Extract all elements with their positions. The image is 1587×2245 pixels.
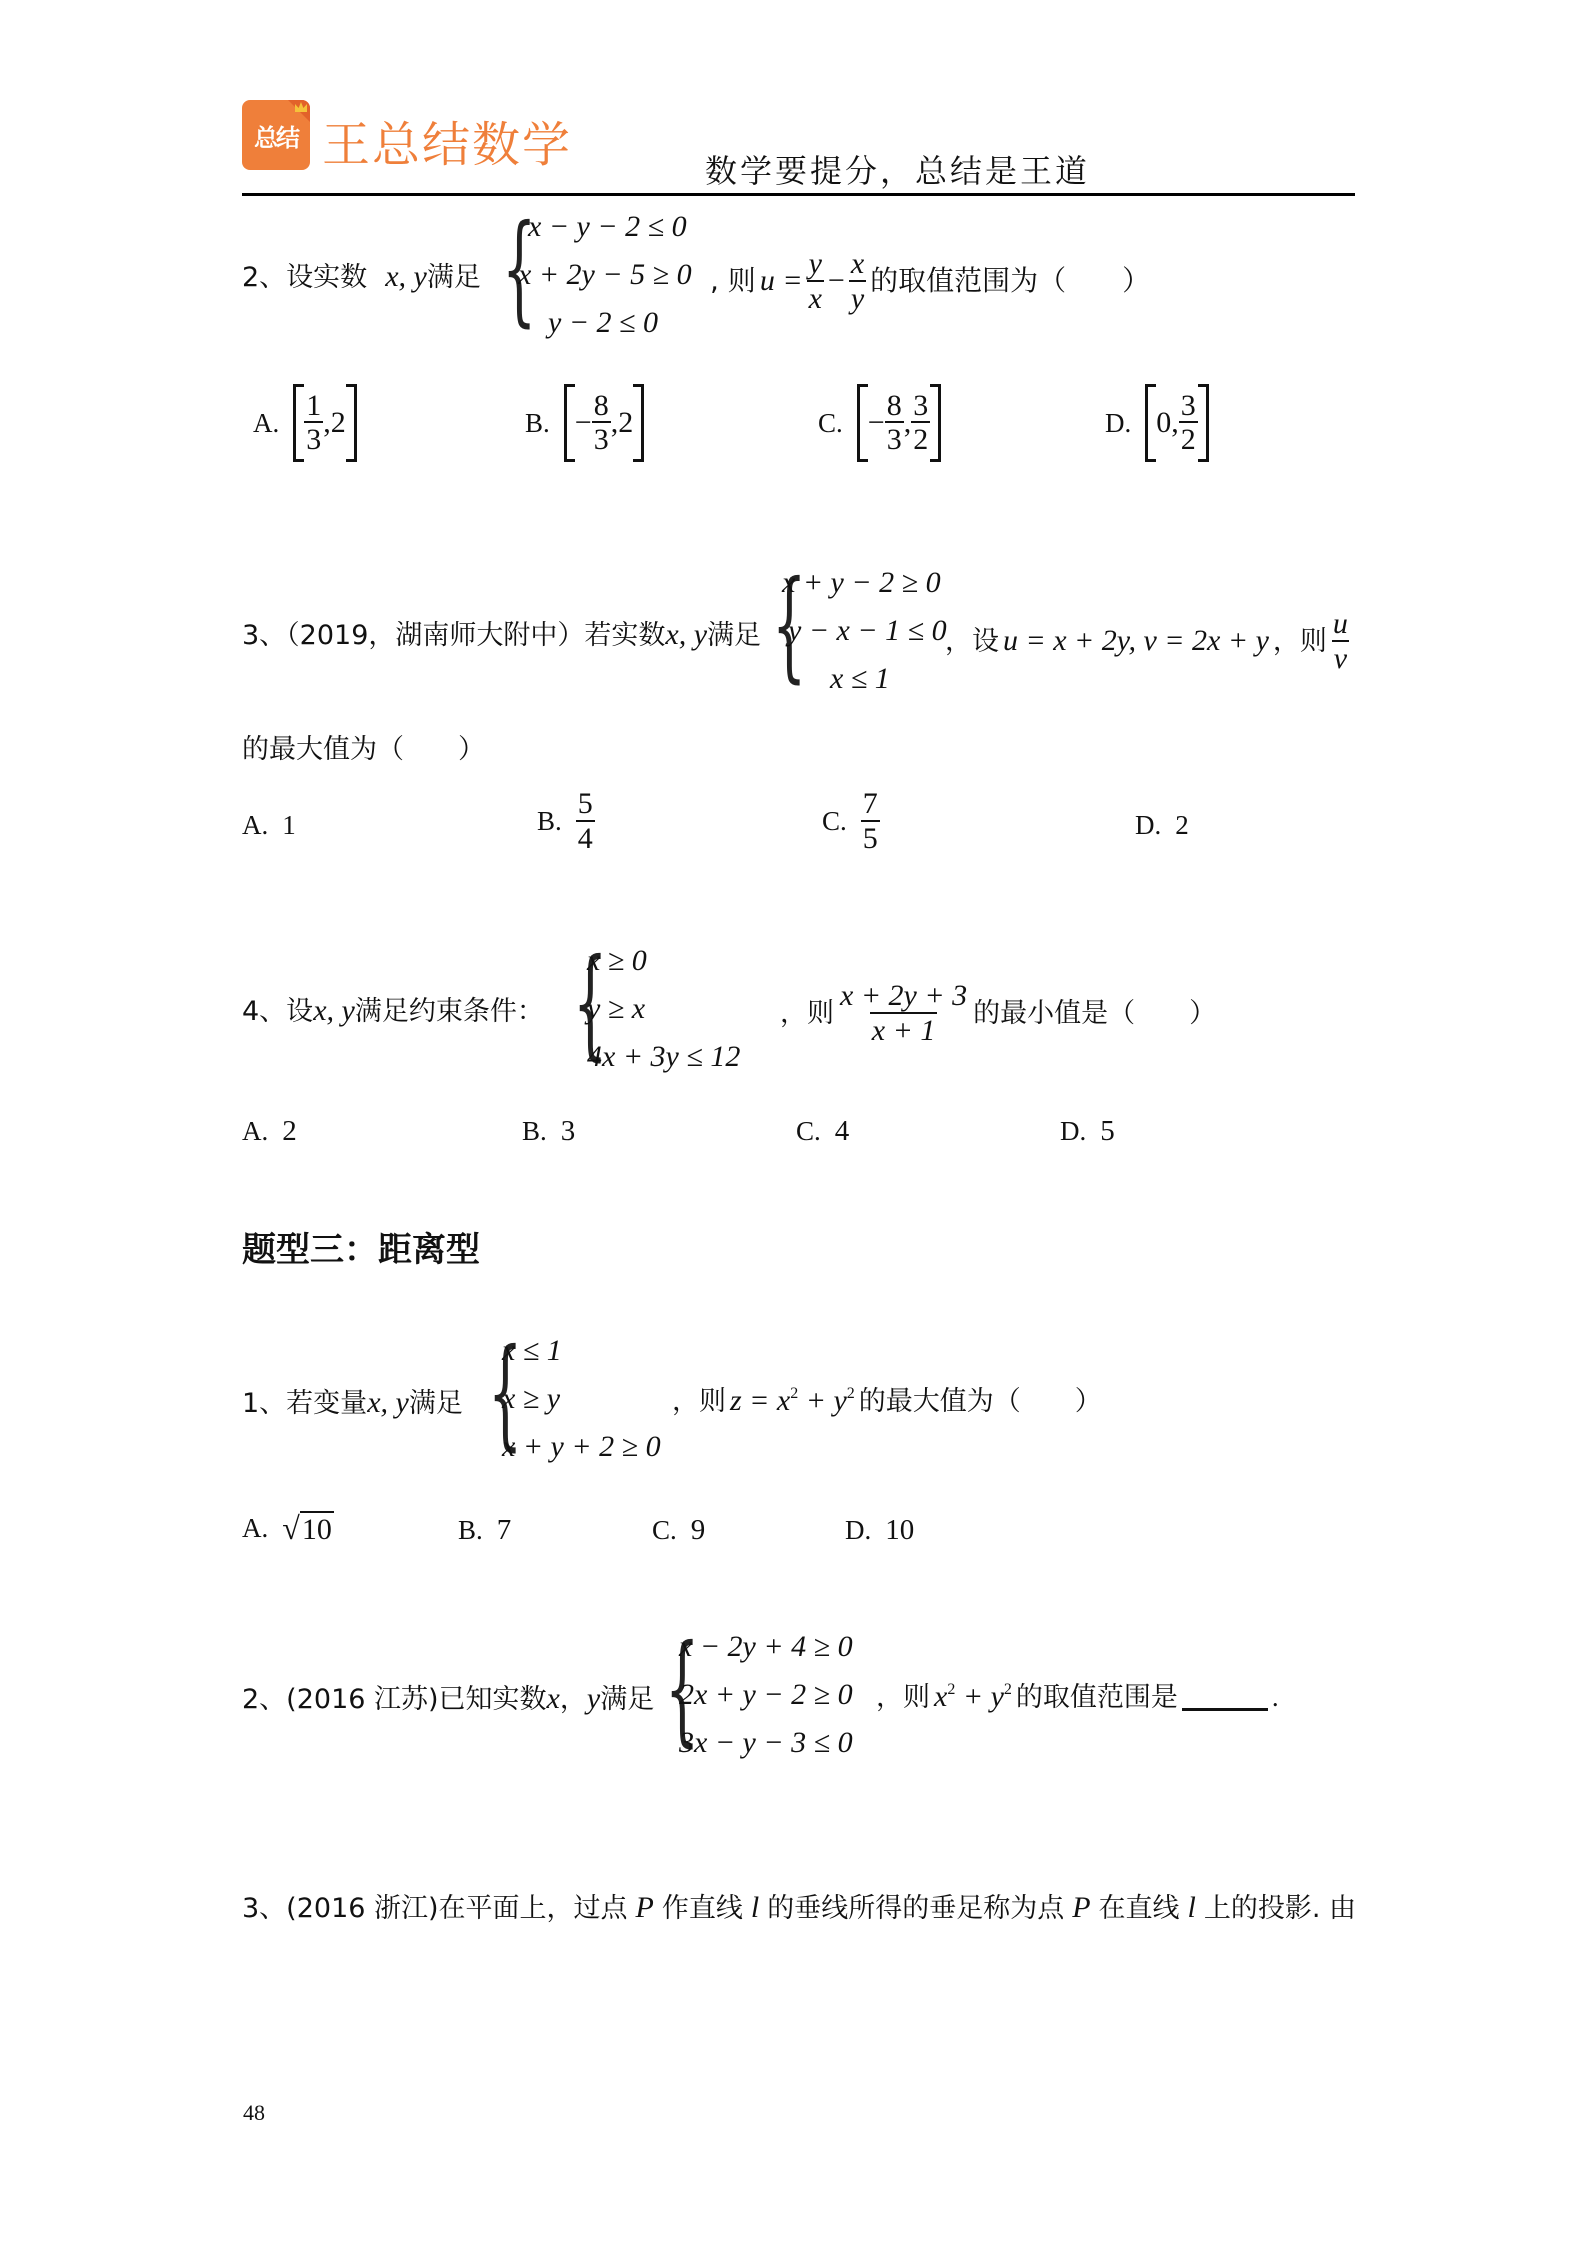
interval-bracket: 0 , 3 2: [1145, 384, 1209, 462]
s3q1-constraint-1: x ≤ 1: [502, 1334, 562, 1368]
option-label: C.: [652, 1515, 677, 1546]
point-p: P: [1072, 1893, 1090, 1923]
q2-fraction-x-over-y: x y: [849, 248, 866, 315]
q3-vars: x, y: [665, 620, 707, 650]
q4-prefix: 4、设: [242, 998, 313, 1025]
frac-den: 5: [861, 820, 880, 855]
q4-constraint-system: { x ≥ 0 y ≥ x 4x + 3y ≤ 12: [573, 944, 773, 1084]
s3q2-var-y: y: [587, 1684, 600, 1714]
option-label: B.: [525, 408, 550, 439]
s3q1-prefix: 1、若变量: [242, 1390, 367, 1417]
header-slogan: 数学要提分，总结是王道: [705, 146, 1090, 192]
option-value: 1: [282, 810, 296, 841]
s3q1-then: ，则: [672, 1388, 726, 1415]
question-2-stem: 2、设实数 x, y 满足: [242, 262, 481, 292]
q2-minus: −: [828, 266, 845, 296]
q4-satisfy: 满足约束条件：: [355, 998, 544, 1025]
option-label: A.: [242, 1513, 268, 1544]
s3q1-vars: x, y: [367, 1388, 409, 1418]
q4-option-b[interactable]: B. 3: [522, 1115, 575, 1148]
brand-name: 王总结数学: [322, 106, 572, 175]
interval-bracket: − 8 3 , 2: [564, 384, 644, 462]
q4-frac-den: x + 1: [870, 1012, 938, 1047]
option-label: D.: [1105, 408, 1131, 439]
option-label: C.: [818, 408, 843, 439]
q4-fraction: x + 2y + 3 x + 1: [838, 980, 969, 1047]
q4-frac-num: x + 2y + 3: [838, 980, 969, 1012]
frac-den: 3: [304, 421, 323, 456]
option-value: 10: [885, 1514, 914, 1547]
frac-num: 7: [861, 788, 880, 820]
question-3-stem: 3、（2019，湖南师大附中）若实数 x, y 满足: [242, 620, 761, 650]
s3q2-prefix: 2、(2016 江苏)已知实数: [242, 1686, 547, 1713]
q4-constraint-2: y ≥ x: [587, 992, 645, 1026]
option-value: 4: [835, 1115, 850, 1148]
q3-line-2: 的最大值为（ ）: [242, 736, 485, 763]
q3-expression: ，设 u = x + 2y, v = 2x + y ，则 u v: [945, 608, 1350, 675]
s3q3-text-d: 在直线: [1099, 1895, 1180, 1922]
q2-constraint-system: { x − y − 2 ≤ 0 x + 2y − 5 ≥ 0 y − 2 ≤ 0: [502, 210, 702, 350]
page-number: 48: [243, 2100, 265, 2126]
option-fraction: 7 5: [861, 788, 880, 855]
interval-right: 2: [618, 406, 633, 440]
option-value: 9: [691, 1514, 706, 1547]
q2-u-eq: u =: [760, 266, 803, 296]
frac-num: 3: [911, 390, 930, 422]
q4-option-a[interactable]: A. 2: [242, 1115, 297, 1148]
s3q2-constraint-system: { x − 2y + 4 ≥ 0 2x + y − 2 ≥ 0 3x − y −…: [665, 1630, 885, 1770]
s3q2-end: .: [1272, 1684, 1279, 1711]
q2-frac2-den: y: [849, 280, 866, 315]
option-value: 2: [1175, 810, 1189, 841]
option-value: 5: [1100, 1115, 1115, 1148]
q3-frac-num: u: [1331, 608, 1350, 640]
interval-right-fraction: 3 2: [911, 390, 930, 457]
s3-question-3-stem: 3、(2016 浙江)在平面上，过点 P 作直线 l 的垂线所得的垂足称为点 P…: [242, 1893, 1356, 1923]
q4-option-d[interactable]: D. 5: [1060, 1115, 1115, 1148]
option-value: 7: [497, 1514, 512, 1547]
frac-den: 3: [592, 421, 611, 456]
s3q3-text-c: 的垂线所得的垂足称为点: [767, 1895, 1064, 1922]
s3q1-option-b[interactable]: B. 7: [458, 1514, 511, 1547]
q3-option-c[interactable]: C. 7 5: [822, 788, 880, 855]
q2-then: , 则: [710, 267, 756, 295]
q2-suffix: 的取值范围为（ ）: [870, 267, 1150, 295]
q2-constraint-1: x − y − 2 ≤ 0: [528, 210, 687, 244]
q2-vars: x, y: [385, 262, 427, 292]
interval-left-fraction: 8 3: [885, 390, 904, 457]
q4-expression: ，则 x + 2y + 3 x + 1 的最小值是（ ）: [780, 980, 1216, 1047]
q2-expression: , 则 u = y x − x y 的取值范围为（ ）: [710, 248, 1150, 315]
q2-constraint-3: y − 2 ≤ 0: [548, 306, 658, 340]
s3-question-2-stem: 2、(2016 江苏)已知实数 x ， y 满足: [242, 1684, 654, 1714]
exponent: 2: [1004, 1681, 1012, 1698]
q3-satisfy: 满足: [707, 622, 761, 649]
s3q2-expression: ，则 x2 + y2 的取值范围是 .: [876, 1682, 1279, 1712]
option-label: B.: [537, 806, 562, 837]
s3q1-option-d[interactable]: D. 10: [845, 1514, 914, 1547]
q3-constraint-system: { x + y − 2 ≥ 0 y − x − 1 ≤ 0 x ≤ 1: [772, 566, 972, 706]
q4-constraint-3: 4x + 3y ≤ 12: [587, 1040, 740, 1074]
exponent: 2: [847, 1385, 855, 1402]
interval-left-fraction: 8 3: [592, 390, 611, 457]
q2-option-c[interactable]: C. − 8 3 , 3 2: [818, 384, 941, 462]
s3q1-option-a[interactable]: A. √10: [242, 1510, 334, 1547]
q3-constraint-3: x ≤ 1: [830, 662, 890, 696]
option-label: D.: [1060, 1116, 1086, 1147]
q2-frac2-num: x: [849, 248, 866, 280]
radicand: 10: [300, 1511, 334, 1547]
question-4-stem: 4、设 x, y 满足约束条件：: [242, 996, 544, 1026]
s3q2-then: ，则: [876, 1684, 930, 1711]
option-fraction: 5 4: [576, 788, 595, 855]
s3q3-text-b: 作直线: [662, 1895, 743, 1922]
q3-then: ，则: [1273, 628, 1327, 655]
expr-z-x: z = x: [730, 1384, 790, 1417]
q3-fraction-u-over-v: u v: [1331, 608, 1350, 675]
frac-num: 8: [885, 390, 904, 422]
frac-den: 3: [885, 421, 904, 456]
section-title: 题型三：距离型: [242, 1222, 480, 1271]
s3q1-expression: ，则 z = x2 + y2 的最大值为（ ）: [672, 1386, 1102, 1416]
frac-den: 2: [1179, 421, 1198, 456]
q3-option-a[interactable]: A. 1: [242, 810, 296, 841]
s3q1-satisfy: 满足: [409, 1390, 463, 1417]
s3q1-expr: z = x2 + y2: [730, 1386, 855, 1416]
q4-then: ，则: [780, 1000, 834, 1027]
option-value: 2: [282, 1115, 297, 1148]
s3q2-constraint-2: 2x + y − 2 ≥ 0: [679, 1678, 853, 1712]
s3q2-comma: ，: [560, 1686, 587, 1713]
q3-constraint-1: x + y − 2 ≥ 0: [782, 566, 941, 600]
q4-constraint-1: x ≥ 0: [587, 944, 647, 978]
q2-frac1-den: x: [807, 280, 824, 315]
sqrt-icon: √: [282, 1510, 300, 1547]
s3q3-text-a: 3、(2016 浙江)在平面上，过点: [242, 1895, 628, 1922]
option-label: B.: [522, 1116, 547, 1147]
interval-right: 2: [331, 406, 346, 440]
frac-num: 1: [304, 390, 323, 422]
frac-den: 2: [911, 421, 930, 456]
q3-defs: u = x + 2y, v = 2x + y: [1003, 626, 1269, 656]
q2-satisfy: 满足: [427, 264, 481, 291]
option-label: A.: [242, 1116, 268, 1147]
q3-option-b[interactable]: B. 5 4: [537, 788, 595, 855]
s3q2-expr: x2 + y2: [934, 1682, 1012, 1712]
s3q2-suffix: 的取值范围是: [1016, 1684, 1178, 1711]
brand-logo-badge: 总结: [242, 100, 310, 170]
s3q2-satisfy: 满足: [600, 1686, 654, 1713]
q3-frac-den: v: [1332, 640, 1349, 675]
option-label: D.: [1135, 810, 1161, 841]
option-label: C.: [796, 1116, 821, 1147]
q2-option-d[interactable]: D. 0 , 3 2: [1105, 384, 1209, 462]
s3-question-1-stem: 1、若变量 x, y 满足: [242, 1388, 463, 1418]
expr-x: x: [934, 1680, 947, 1713]
header-divider: [242, 193, 1355, 196]
s3q1-constraint-system: { x ≤ 1 x ≥ y x + y + 2 ≥ 0: [488, 1334, 688, 1474]
s3q1-option-c[interactable]: C. 9: [652, 1514, 705, 1547]
negative-sign: −: [868, 406, 885, 440]
interval-right-fraction: 3 2: [1179, 390, 1198, 457]
interval-left-fraction: 1 3: [304, 390, 323, 457]
frac-den: 4: [576, 820, 595, 855]
s3q3-text-e: 上的投影. 由: [1204, 1895, 1356, 1922]
option-label: A.: [242, 810, 268, 841]
q3-constraint-2: y − x − 1 ≤ 0: [788, 614, 947, 648]
s3q2-var-x: x: [547, 1684, 560, 1714]
option-label: C.: [822, 806, 847, 837]
q3-prefix: 3、（2019，湖南师大附中）若实数: [242, 622, 665, 649]
q3-option-d[interactable]: D. 2: [1135, 810, 1189, 841]
interval-left: 0: [1156, 406, 1171, 440]
interval-bracket: − 8 3 , 3 2: [857, 384, 941, 462]
s3q1-constraint-3: x + y + 2 ≥ 0: [502, 1430, 661, 1464]
q2-fraction-y-over-x: y x: [807, 248, 824, 315]
option-label: D.: [845, 1515, 871, 1546]
q2-prefix: 2、设实数: [242, 264, 367, 291]
point-p: P: [636, 1893, 654, 1923]
expr-plus-y: + y: [798, 1384, 847, 1417]
q4-option-c[interactable]: C. 4: [796, 1115, 849, 1148]
line-l: l: [1188, 1893, 1196, 1923]
frac-num: 5: [576, 788, 595, 820]
frac-num: 3: [1179, 390, 1198, 422]
expr-plus-y: + y: [955, 1680, 1004, 1713]
option-value-sqrt: √10: [282, 1510, 334, 1547]
answer-blank[interactable]: [1182, 1684, 1268, 1711]
line-l: l: [751, 1893, 759, 1923]
option-label: A.: [253, 408, 279, 439]
option-value: 3: [561, 1115, 576, 1148]
q2-frac1-num: y: [807, 248, 824, 280]
frac-num: 8: [592, 390, 611, 422]
q2-option-b[interactable]: B. − 8 3 , 2: [525, 384, 644, 462]
logo-badge-text: 总结: [254, 118, 298, 153]
s3q2-constraint-3: 3x − y − 3 ≤ 0: [679, 1726, 853, 1760]
s3q2-constraint-1: x − 2y + 4 ≥ 0: [679, 1630, 853, 1664]
q2-constraint-2: x + 2y − 5 ≥ 0: [518, 258, 692, 292]
q3-mid: ，设: [945, 628, 999, 655]
option-label: B.: [458, 1515, 483, 1546]
s3q1-constraint-2: x ≥ y: [502, 1382, 560, 1416]
q4-vars: x, y: [313, 996, 355, 1026]
negative-sign: −: [575, 406, 592, 440]
s3q1-suffix: 的最大值为（ ）: [859, 1388, 1102, 1415]
interval-bracket: 1 3 , 2: [293, 384, 357, 462]
q2-option-a[interactable]: A. 1 3 , 2: [253, 384, 357, 462]
q4-suffix: 的最小值是（ ）: [973, 1000, 1216, 1027]
